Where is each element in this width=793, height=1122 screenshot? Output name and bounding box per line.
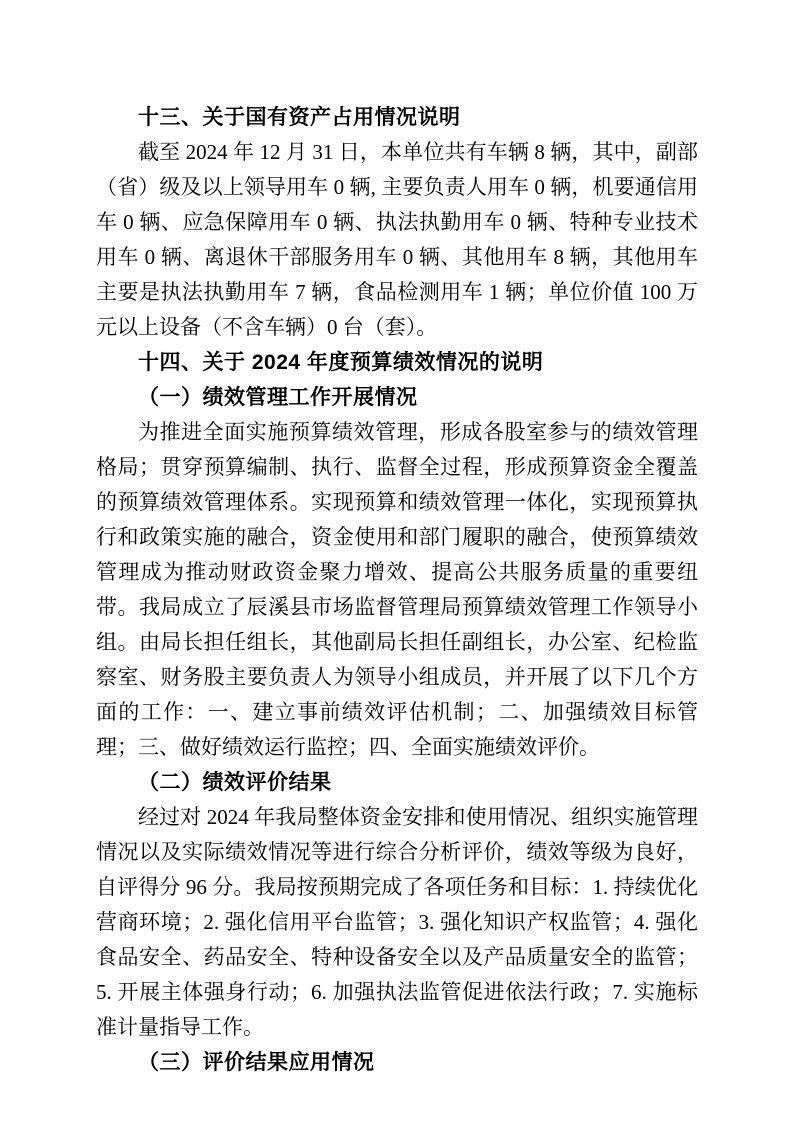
section-heading-budget-performance: 十四、关于 2024 年度预算绩效情况的说明	[96, 345, 698, 380]
document-page: 十三、关于国有资产占用情况说明 截至 2024 年 12 月 31 日，本单位共…	[0, 0, 793, 1122]
section-heading-state-assets: 十三、关于国有资产占用情况说明	[96, 100, 698, 135]
subheading-performance-management: （一）绩效管理工作开展情况	[96, 380, 698, 415]
paragraph-evaluation-results: 经过对 2024 年我局整体资金安排和使用情况、组织实施管理情况以及实际绩效情况…	[96, 800, 698, 1045]
paragraph-performance-management: 为推进全面实施预算绩效管理，形成各股室参与的绩效管理格局；贯穿预算编制、执行、监…	[96, 415, 698, 765]
subheading-result-application: （三）评价结果应用情况	[96, 1045, 698, 1080]
document-body: 十三、关于国有资产占用情况说明 截至 2024 年 12 月 31 日，本单位共…	[96, 100, 698, 1080]
subheading-evaluation-results: （二）绩效评价结果	[96, 765, 698, 800]
paragraph-state-assets: 截至 2024 年 12 月 31 日，本单位共有车辆 8 辆，其中，副部（省）…	[96, 135, 698, 345]
